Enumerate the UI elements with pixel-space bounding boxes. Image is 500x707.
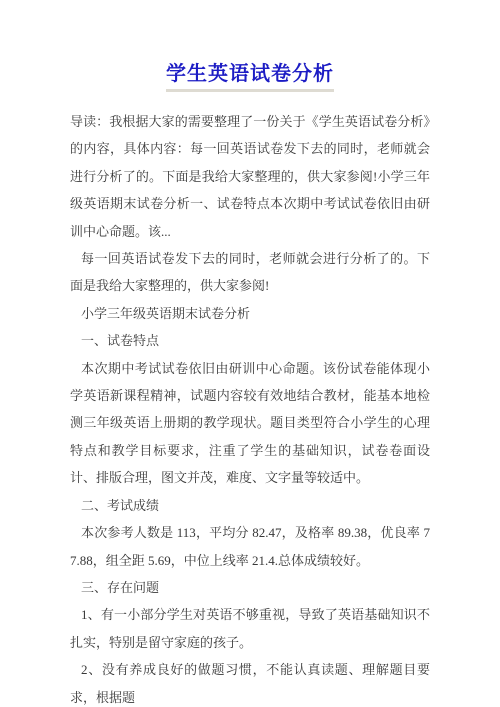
- title-row: 学生英语试卷分析: [0, 0, 500, 92]
- paragraph: 2、没有养成良好的做题习惯，不能认真读题、理解题目要求，根据题: [70, 656, 430, 707]
- paragraph: 二、考试成绩: [70, 492, 430, 519]
- document-body: 导读：我根据大家的需要整理了一份关于《学生英语试卷分析》的内容，具体内容：每一回…: [70, 108, 430, 707]
- paragraph: 导读：我根据大家的需要整理了一份关于《学生英语试卷分析》的内容，具体内容：每一回…: [70, 108, 430, 245]
- paragraph: 小学三年级英语期末试卷分析: [70, 300, 430, 327]
- paragraph: 本次参考人数是 113，平均分 82.47，及格率 89.38，优良率 77.8…: [70, 519, 430, 574]
- paragraph: 本次期中考试试卷依旧由研训中心命题。该份试卷能体现小学英语新课程精神，试题内容较…: [70, 355, 430, 492]
- paragraph: 每一回英语试卷发下去的同时，老师就会进行分析了的。下面是我给大家整理的，供大家参…: [70, 245, 430, 300]
- paragraph: 一、试卷特点: [70, 327, 430, 354]
- document-page: 学生英语试卷分析 导读：我根据大家的需要整理了一份关于《学生英语试卷分析》的内容…: [0, 0, 500, 707]
- paragraph: 1、有一小部分学生对英语不够重视，导致了英语基础知识不扎实，特别是留守家庭的孩子…: [70, 601, 430, 656]
- document-title: 学生英语试卷分析: [166, 57, 334, 92]
- paragraph: 三、存在问题: [70, 574, 430, 601]
